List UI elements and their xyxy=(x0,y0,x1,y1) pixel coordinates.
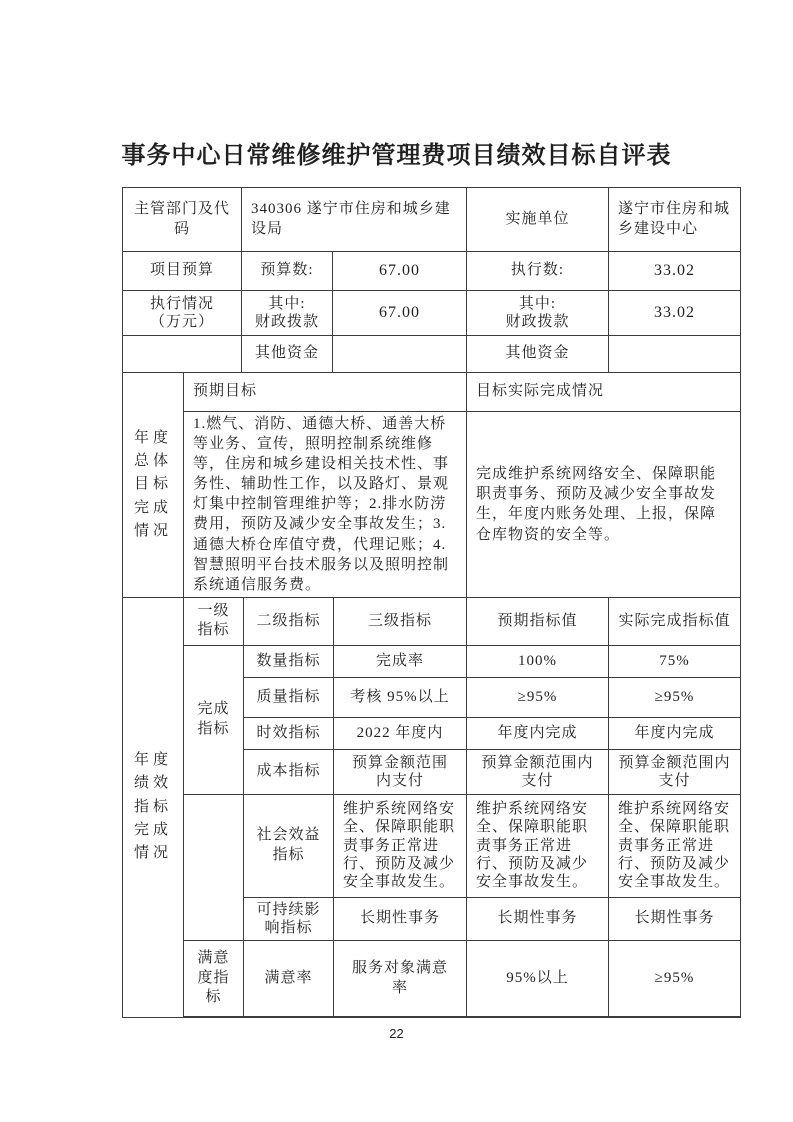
fin-value-right-cell: 33.02 xyxy=(609,291,741,336)
level3-header-cell: 三级指标 xyxy=(334,597,467,645)
indicator-l2-cell: 可持续影 响指标 xyxy=(244,897,334,940)
empty-cell xyxy=(123,336,242,373)
indicator-actual-cell: 75% xyxy=(609,645,741,677)
expected-goal-text-cell: 1.燃气、消防、通德大桥、通善大桥等业务、宣传，照明控制系统维修等，住房和城乡建… xyxy=(184,412,467,598)
other-funds-left-cell: 其他资金 xyxy=(242,336,333,373)
table-row: 主管部门及代码 340306 遂宁市住房和城乡建设局 实施单位 遂宁市住房和城乡… xyxy=(123,188,741,252)
budget-info-table: 主管部门及代码 340306 遂宁市住房和城乡建设局 实施单位 遂宁市住房和城乡… xyxy=(122,187,741,373)
indicator-l2-cell: 数量指标 xyxy=(244,645,334,677)
dept-label-cell: 主管部门及代码 xyxy=(123,188,242,252)
table-row: 年度 绩效 指标 完成 情况 一级 指标 二级指标 三级指标 预期指标值 实际完… xyxy=(123,597,741,645)
indicator-l2-cell: 满意率 xyxy=(244,940,334,1017)
perf-row-label-cell: 年度 绩效 指标 完成 情况 xyxy=(123,597,184,1017)
indicator-l2-cell: 时效指标 xyxy=(244,717,334,749)
empty-cell xyxy=(333,336,467,373)
indicator-l3-cell: 长期性事务 xyxy=(334,897,467,940)
indicator-actual-cell: 长期性事务 xyxy=(609,897,741,940)
indicator-expected-cell: 95%以上 xyxy=(467,940,609,1017)
impl-label-cell: 实施单位 xyxy=(467,188,609,252)
indicator-expected-cell: 年度内完成 xyxy=(467,717,609,749)
level2-header-cell: 二级指标 xyxy=(244,597,334,645)
exec-row-label-cell: 执行情况 （万元） xyxy=(123,291,242,336)
page-number: 22 xyxy=(0,1026,793,1041)
fin-value-left-cell: 67.00 xyxy=(333,291,467,336)
indicator-l3-cell: 服务对象满意 率 xyxy=(334,940,467,1017)
expected-value-header-cell: 预期指标值 xyxy=(467,597,609,645)
empty-cell xyxy=(184,794,244,940)
annual-goal-table: 年度 总体 目标 完成 情况 预期目标 目标实际完成情况 1.燃气、消防、通德大… xyxy=(122,372,741,598)
empty-cell xyxy=(609,336,741,373)
indicator-l2-cell: 社会效益 指标 xyxy=(244,794,334,897)
indicator-l3-cell: 完成率 xyxy=(334,645,467,677)
indicator-l2-cell: 成本指标 xyxy=(244,749,334,794)
level1-satisfaction-cell: 满意 度指 标 xyxy=(184,940,244,1017)
level1-completion-cell: 完成 指标 xyxy=(184,645,244,794)
table-row: 社会效益 指标 维护系统网络安全、保障职能职责事务正常进行、预防及减少安全事故发… xyxy=(123,794,741,897)
table-row: 执行情况 （万元） 其中: 财政拨款 67.00 其中: 财政拨款 33.02 xyxy=(123,291,741,336)
budget-label-cell: 项目预算 xyxy=(123,252,242,291)
table-row: 完成 指标 数量指标 完成率 100% 75% xyxy=(123,645,741,677)
level1-header-cell: 一级 指标 xyxy=(184,597,244,645)
actual-goal-header-cell: 目标实际完成情况 xyxy=(467,373,741,412)
impl-value-cell: 遂宁市住房和城乡建设中心 xyxy=(609,188,741,252)
indicator-expected-cell: 预算金额范围内 支付 xyxy=(467,749,609,794)
indicator-expected-cell: 100% xyxy=(467,645,609,677)
exec-value-cell: 33.02 xyxy=(609,252,741,291)
actual-value-header-cell: 实际完成指标值 xyxy=(609,597,741,645)
indicator-l3-cell: 预算金额范围 内支付 xyxy=(334,749,467,794)
indicator-actual-cell: 预算金额范围内 支付 xyxy=(609,749,741,794)
performance-indicator-table: 年度 绩效 指标 完成 情况 一级 指标 二级指标 三级指标 预期指标值 实际完… xyxy=(122,597,741,1019)
page-title: 事务中心日常维修维护管理费项目绩效目标自评表 xyxy=(0,135,793,170)
fin-label-left-cell: 其中: 财政拨款 xyxy=(242,291,333,336)
table-row: 年度 总体 目标 完成 情况 预期目标 目标实际完成情况 xyxy=(123,373,741,412)
indicator-expected-cell: ≥95% xyxy=(467,677,609,717)
table-row: 1.燃气、消防、通德大桥、通善大桥等业务、宣传，照明控制系统维修等，住房和城乡建… xyxy=(123,412,741,598)
indicator-actual-cell: ≥95% xyxy=(609,940,741,1017)
annual-goal-row-label-cell: 年度 总体 目标 完成 情况 xyxy=(123,373,184,598)
indicator-expected-cell: 维护系统网络安全、保障职能职责事务正常进行、预防及减少安全事故发生。 xyxy=(467,794,609,897)
indicator-expected-cell: 长期性事务 xyxy=(467,897,609,940)
indicator-actual-cell: 年度内完成 xyxy=(609,717,741,749)
indicator-l3-cell: 2022 年度内 xyxy=(334,717,467,749)
indicator-actual-cell: 维护系统网络安全、保障职能职责事务正常进行、预防及减少安全事故发生。 xyxy=(609,794,741,897)
budget-value-cell: 67.00 xyxy=(333,252,467,291)
exec-sub-label-cell: 执行数: xyxy=(467,252,609,291)
document-page: 事务中心日常维修维护管理费项目绩效目标自评表 主管部门及代码 340306 遂宁… xyxy=(0,0,793,1122)
indicator-actual-cell: ≥95% xyxy=(609,677,741,717)
indicator-l3-cell: 维护系统网络安全、保障职能职责事务正常进行、预防及减少安全事故发生。 xyxy=(334,794,467,897)
table-row: 其他资金 其他资金 xyxy=(123,336,741,373)
indicator-l2-cell: 质量指标 xyxy=(244,677,334,717)
table-row: 满意 度指 标 满意率 服务对象满意 率 95%以上 ≥95% xyxy=(123,940,741,1017)
budget-sub-label-cell: 预算数: xyxy=(242,252,333,291)
evaluation-table: 主管部门及代码 340306 遂宁市住房和城乡建设局 实施单位 遂宁市住房和城乡… xyxy=(122,187,740,1018)
other-funds-right-cell: 其他资金 xyxy=(467,336,609,373)
indicator-l3-cell: 考核 95%以上 xyxy=(334,677,467,717)
expected-goal-header-cell: 预期目标 xyxy=(184,373,467,412)
table-row: 项目预算 预算数: 67.00 执行数: 33.02 xyxy=(123,252,741,291)
fin-label-right-cell: 其中: 财政拨款 xyxy=(467,291,609,336)
actual-goal-text-cell: 完成维护系统网络安全、保障职能职责事务、预防及减少安全事故发生，年度内账务处理、… xyxy=(467,412,741,598)
dept-value-cell: 340306 遂宁市住房和城乡建设局 xyxy=(242,188,467,252)
